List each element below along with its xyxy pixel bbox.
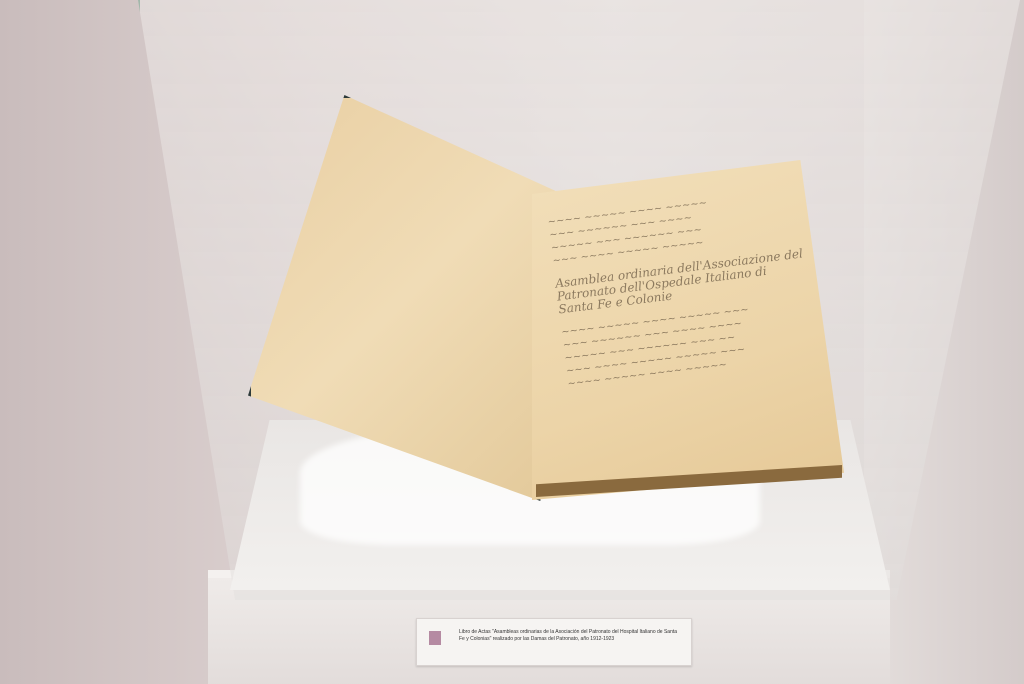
label-text: Libro de Actas "Asambleas ordinarias de … <box>459 629 684 643</box>
exhibit-label: Libro de Actas "Asambleas ordinarias de … <box>416 618 692 666</box>
handwritten-text: ~~~~ ~~~~~ ~~~~ ~~~~~ ~~~ ~~~~~~ ~~~ ~~~… <box>547 186 827 475</box>
institution-logo-icon <box>429 631 441 645</box>
